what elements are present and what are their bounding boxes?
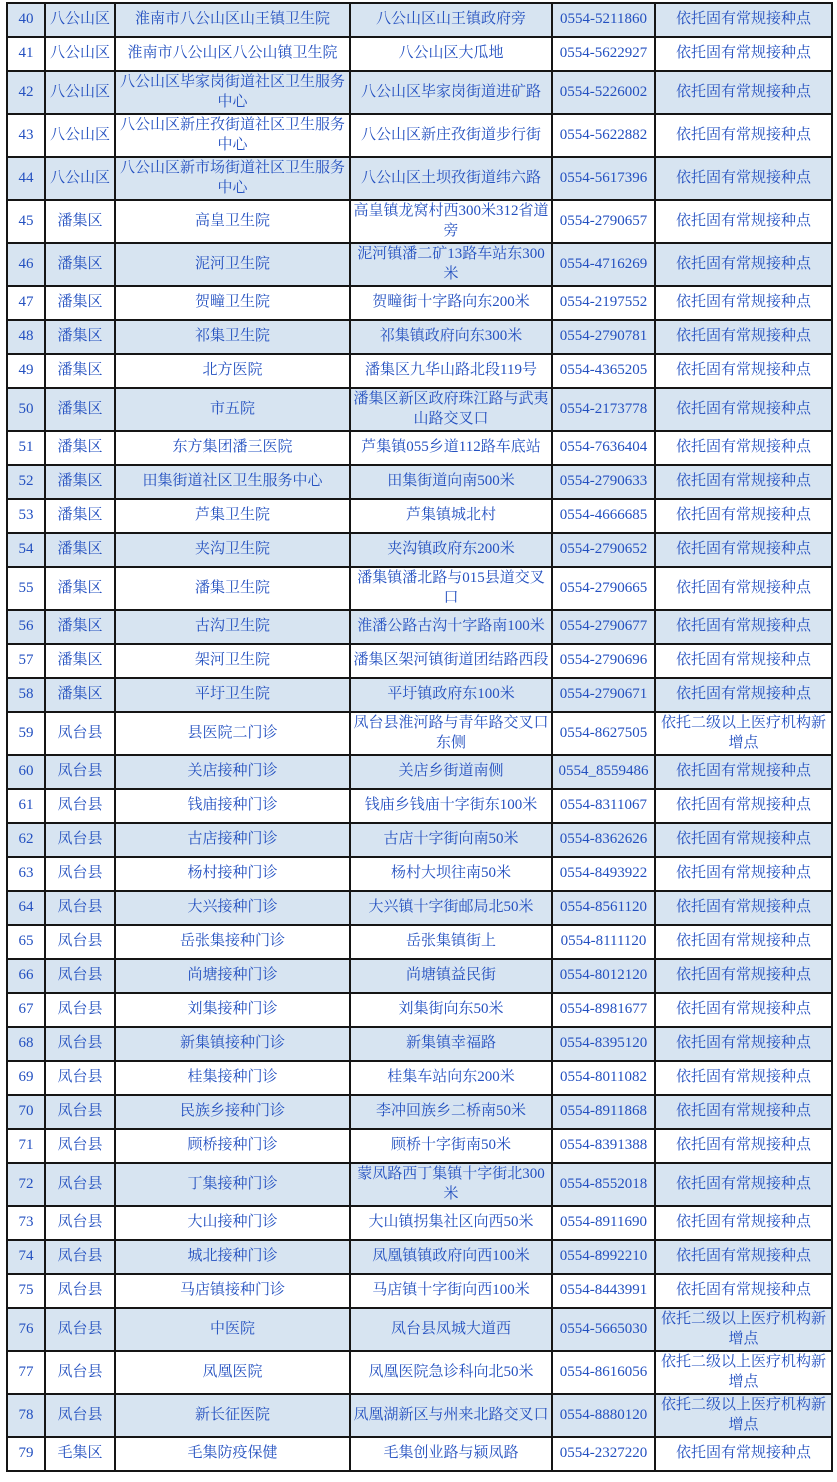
facility-name-cell: 平圩卫生院 <box>115 678 350 712</box>
table-body: 40八公山区淮南市八公山区山王镇卫生院八公山区山王镇政府旁0554-521186… <box>7 3 832 1471</box>
facility-name-cell: 新集镇接种门诊 <box>115 1027 350 1061</box>
row-number-cell: 44 <box>7 157 45 200</box>
row-number-cell: 53 <box>7 499 45 533</box>
phone-cell: 0554-2790633 <box>552 465 655 499</box>
district-cell: 凤台县 <box>45 1240 115 1274</box>
phone-cell: 0554-8012120 <box>552 959 655 993</box>
phone-cell: 0554-4365205 <box>552 354 655 388</box>
note-cell: 依托固有常规接种点 <box>655 959 832 993</box>
row-number-cell: 51 <box>7 431 45 465</box>
note-cell: 依托二级以上医疗机构新增点 <box>655 1351 832 1394</box>
phone-cell: 0554-5622882 <box>552 114 655 157</box>
address-cell: 八公山区土坝孜街道纬六路 <box>350 157 552 200</box>
note-cell: 依托固有常规接种点 <box>655 320 832 354</box>
district-cell: 八公山区 <box>45 37 115 71</box>
facility-name-cell: 新长征医院 <box>115 1394 350 1437</box>
table-row: 77凤台县凤凰医院凤凰医院急诊科向北50米0554-8616056依托二级以上医… <box>7 1351 832 1394</box>
district-cell: 潘集区 <box>45 388 115 431</box>
address-cell: 钱庙乡钱庙十字街东100米 <box>350 789 552 823</box>
phone-cell: 0554-5211860 <box>552 3 655 37</box>
note-cell: 依托固有常规接种点 <box>655 533 832 567</box>
note-cell: 依托固有常规接种点 <box>655 1129 832 1163</box>
phone-cell: 0554-8911868 <box>552 1095 655 1129</box>
table-row: 75凤台县马店镇接种门诊马店镇十字街向西100米0554-8443991依托固有… <box>7 1274 832 1308</box>
table-row: 67凤台县刘集接种门诊刘集街向东50米0554-8981677依托固有常规接种点 <box>7 993 832 1027</box>
facility-name-cell: 东方集团潘三医院 <box>115 431 350 465</box>
note-cell: 依托二级以上医疗机构新增点 <box>655 1308 832 1351</box>
table-row: 61凤台县钱庙接种门诊钱庙乡钱庙十字街东100米0554-8311067依托固有… <box>7 789 832 823</box>
note-cell: 依托固有常规接种点 <box>655 1437 832 1471</box>
table-row: 43八公山区八公山区新庄孜街道社区卫生服务中心八公山区新庄孜街道步行街0554-… <box>7 114 832 157</box>
address-cell: 马店镇十字街向西100米 <box>350 1274 552 1308</box>
row-number-cell: 74 <box>7 1240 45 1274</box>
note-cell: 依托固有常规接种点 <box>655 354 832 388</box>
address-cell: 古店十字街向南50米 <box>350 823 552 857</box>
table-row: 53潘集区芦集卫生院芦集镇城北村0554-4666685依托固有常规接种点 <box>7 499 832 533</box>
note-cell: 依托固有常规接种点 <box>655 200 832 243</box>
row-number-cell: 72 <box>7 1163 45 1206</box>
phone-cell: 0554-8362626 <box>552 823 655 857</box>
address-cell: 凤台县淮河路与青年路交叉口东侧 <box>350 712 552 755</box>
district-cell: 凤台县 <box>45 857 115 891</box>
phone-cell: 0554-2790652 <box>552 533 655 567</box>
phone-cell: 0554-8992210 <box>552 1240 655 1274</box>
table-row: 51潘集区东方集团潘三医院芦集镇055乡道112路车底站0554-7636404… <box>7 431 832 465</box>
note-cell: 依托固有常规接种点 <box>655 388 832 431</box>
table-row: 42八公山区八公山区毕家岗街道社区卫生服务中心八公山区毕家岗街道进矿路0554-… <box>7 71 832 114</box>
row-number-cell: 50 <box>7 388 45 431</box>
district-cell: 凤台县 <box>45 1308 115 1351</box>
district-cell: 凤台县 <box>45 1027 115 1061</box>
district-cell: 凤台县 <box>45 1394 115 1437</box>
district-cell: 潘集区 <box>45 286 115 320</box>
district-cell: 凤台县 <box>45 1061 115 1095</box>
phone-cell: 0554-8880120 <box>552 1394 655 1437</box>
address-cell: 高皇镇龙窝村西300米312省道旁 <box>350 200 552 243</box>
address-cell: 刘集街向东50米 <box>350 993 552 1027</box>
note-cell: 依托固有常规接种点 <box>655 789 832 823</box>
phone-cell: 0554-8911690 <box>552 1206 655 1240</box>
table-row: 41八公山区淮南市八公山区八公山镇卫生院八公山区大瓜地0554-5622927依… <box>7 37 832 71</box>
address-cell: 祁集镇政府向东300米 <box>350 320 552 354</box>
table-row: 78凤台县新长征医院凤凰湖新区与州来北路交叉口0554-8880120依托二级以… <box>7 1394 832 1437</box>
note-cell: 依托固有常规接种点 <box>655 755 832 789</box>
facility-name-cell: 芦集卫生院 <box>115 499 350 533</box>
facility-name-cell: 杨村接种门诊 <box>115 857 350 891</box>
table-row: 40八公山区淮南市八公山区山王镇卫生院八公山区山王镇政府旁0554-521186… <box>7 3 832 37</box>
row-number-cell: 61 <box>7 789 45 823</box>
address-cell: 芦集镇055乡道112路车底站 <box>350 431 552 465</box>
facility-name-cell: 中医院 <box>115 1308 350 1351</box>
note-cell: 依托固有常规接种点 <box>655 157 832 200</box>
district-cell: 潘集区 <box>45 354 115 388</box>
address-cell: 平圩镇政府东100米 <box>350 678 552 712</box>
note-cell: 依托二级以上医疗机构新增点 <box>655 712 832 755</box>
phone-cell: 0554-8627505 <box>552 712 655 755</box>
address-cell: 大山镇拐集社区向西50米 <box>350 1206 552 1240</box>
row-number-cell: 57 <box>7 644 45 678</box>
row-number-cell: 79 <box>7 1437 45 1471</box>
district-cell: 潘集区 <box>45 431 115 465</box>
table-row: 69凤台县桂集接种门诊桂集车站向东200米0554-8011082依托固有常规接… <box>7 1061 832 1095</box>
note-cell: 依托固有常规接种点 <box>655 243 832 286</box>
district-cell: 八公山区 <box>45 3 115 37</box>
table-row: 52潘集区田集街道社区卫生服务中心田集街道向南500米0554-2790633依… <box>7 465 832 499</box>
note-cell: 依托固有常规接种点 <box>655 3 832 37</box>
table-row: 65凤台县岳张集接种门诊岳张集镇街上0554-8111120依托固有常规接种点 <box>7 925 832 959</box>
vaccination-sites-page: 40八公山区淮南市八公山区山王镇卫生院八公山区山王镇政府旁0554-521186… <box>0 0 837 1482</box>
facility-name-cell: 县医院二门诊 <box>115 712 350 755</box>
table-row: 70凤台县民族乡接种门诊李冲回族乡二桥南50米0554-8911868依托固有常… <box>7 1095 832 1129</box>
district-cell: 凤台县 <box>45 755 115 789</box>
note-cell: 依托固有常规接种点 <box>655 71 832 114</box>
table-row: 54潘集区夹沟卫生院夹沟镇政府东200米0554-2790652依托固有常规接种… <box>7 533 832 567</box>
phone-cell: 0554-8443991 <box>552 1274 655 1308</box>
district-cell: 潘集区 <box>45 678 115 712</box>
address-cell: 潘集区新区政府珠江路与武夷山路交叉口 <box>350 388 552 431</box>
address-cell: 八公山区大瓜地 <box>350 37 552 71</box>
phone-cell: 0554-2790696 <box>552 644 655 678</box>
table-row: 62凤台县古店接种门诊古店十字街向南50米0554-8362626依托固有常规接… <box>7 823 832 857</box>
table-row: 48潘集区祁集卫生院祁集镇政府向东300米0554-2790781依托固有常规接… <box>7 320 832 354</box>
district-cell: 凤台县 <box>45 891 115 925</box>
address-cell: 尚塘镇益民街 <box>350 959 552 993</box>
address-cell: 潘集区九华山路北段119号 <box>350 354 552 388</box>
facility-name-cell: 市五院 <box>115 388 350 431</box>
phone-cell: 0554-7636404 <box>552 431 655 465</box>
facility-name-cell: 岳张集接种门诊 <box>115 925 350 959</box>
table-row: 50潘集区市五院潘集区新区政府珠江路与武夷山路交叉口0554-2173778依托… <box>7 388 832 431</box>
phone-cell: 0554-2790671 <box>552 678 655 712</box>
phone-cell: 0554-8493922 <box>552 857 655 891</box>
district-cell: 凤台县 <box>45 959 115 993</box>
table-row: 46潘集区泥河卫生院泥河镇潘二矿13路车站东300米0554-4716269依托… <box>7 243 832 286</box>
row-number-cell: 64 <box>7 891 45 925</box>
address-cell: 大兴镇十字街邮局北50米 <box>350 891 552 925</box>
note-cell: 依托固有常规接种点 <box>655 644 832 678</box>
district-cell: 潘集区 <box>45 610 115 644</box>
address-cell: 八公山区毕家岗街道进矿路 <box>350 71 552 114</box>
district-cell: 潘集区 <box>45 567 115 610</box>
facility-name-cell: 祁集卫生院 <box>115 320 350 354</box>
table-row: 44八公山区八公山区新市场街道社区卫生服务中心八公山区土坝孜街道纬六路0554-… <box>7 157 832 200</box>
row-number-cell: 67 <box>7 993 45 1027</box>
phone-cell: 0554-8395120 <box>552 1027 655 1061</box>
district-cell: 毛集区 <box>45 1437 115 1471</box>
note-cell: 依托固有常规接种点 <box>655 1163 832 1206</box>
phone-cell: 0554-8561120 <box>552 891 655 925</box>
facility-name-cell: 泥河卫生院 <box>115 243 350 286</box>
address-cell: 杨村大坝往南50米 <box>350 857 552 891</box>
address-cell: 新集镇幸福路 <box>350 1027 552 1061</box>
table-row: 45潘集区高皇卫生院高皇镇龙窝村西300米312省道旁0554-2790657依… <box>7 200 832 243</box>
table-row: 56潘集区古沟卫生院淮潘公路古沟十字路南100米0554-2790677依托固有… <box>7 610 832 644</box>
facility-name-cell: 丁集接种门诊 <box>115 1163 350 1206</box>
phone-cell: 0554-2790657 <box>552 200 655 243</box>
row-number-cell: 73 <box>7 1206 45 1240</box>
note-cell: 依托固有常规接种点 <box>655 823 832 857</box>
facility-name-cell: 高皇卫生院 <box>115 200 350 243</box>
row-number-cell: 63 <box>7 857 45 891</box>
row-number-cell: 68 <box>7 1027 45 1061</box>
table-row: 64凤台县大兴接种门诊大兴镇十字街邮局北50米0554-8561120依托固有常… <box>7 891 832 925</box>
address-cell: 八公山区山王镇政府旁 <box>350 3 552 37</box>
facility-name-cell: 淮南市八公山区八公山镇卫生院 <box>115 37 350 71</box>
table-row: 79毛集区毛集防疫保健毛集创业路与颍凤路0554-2327220依托固有常规接种… <box>7 1437 832 1471</box>
facility-name-cell: 刘集接种门诊 <box>115 993 350 1027</box>
address-cell: 凤凰湖新区与州来北路交叉口 <box>350 1394 552 1437</box>
phone-cell: 0554_8559486 <box>552 755 655 789</box>
district-cell: 凤台县 <box>45 1274 115 1308</box>
address-cell: 凤凰医院急诊科向北50米 <box>350 1351 552 1394</box>
facility-name-cell: 尚塘接种门诊 <box>115 959 350 993</box>
row-number-cell: 69 <box>7 1061 45 1095</box>
district-cell: 潘集区 <box>45 243 115 286</box>
table-row: 72凤台县丁集接种门诊蒙凤路西丁集镇十字街北300米0554-8552018依托… <box>7 1163 832 1206</box>
row-number-cell: 66 <box>7 959 45 993</box>
facility-name-cell: 大兴接种门诊 <box>115 891 350 925</box>
note-cell: 依托固有常规接种点 <box>655 610 832 644</box>
note-cell: 依托固有常规接种点 <box>655 1274 832 1308</box>
note-cell: 依托固有常规接种点 <box>655 431 832 465</box>
district-cell: 凤台县 <box>45 1206 115 1240</box>
table-row: 68凤台县新集镇接种门诊新集镇幸福路0554-8395120依托固有常规接种点 <box>7 1027 832 1061</box>
row-number-cell: 60 <box>7 755 45 789</box>
district-cell: 凤台县 <box>45 789 115 823</box>
note-cell: 依托固有常规接种点 <box>655 1240 832 1274</box>
table-row: 55潘集区潘集卫生院潘集镇潘北路与015县道交叉口0554-2790665依托固… <box>7 567 832 610</box>
row-number-cell: 55 <box>7 567 45 610</box>
facility-name-cell: 马店镇接种门诊 <box>115 1274 350 1308</box>
district-cell: 潘集区 <box>45 200 115 243</box>
note-cell: 依托固有常规接种点 <box>655 114 832 157</box>
facility-name-cell: 古店接种门诊 <box>115 823 350 857</box>
row-number-cell: 41 <box>7 37 45 71</box>
address-cell: 潘集镇潘北路与015县道交叉口 <box>350 567 552 610</box>
district-cell: 凤台县 <box>45 712 115 755</box>
vaccination-sites-table: 40八公山区淮南市八公山区山王镇卫生院八公山区山王镇政府旁0554-521186… <box>6 2 833 1472</box>
facility-name-cell: 桂集接种门诊 <box>115 1061 350 1095</box>
facility-name-cell: 关店接种门诊 <box>115 755 350 789</box>
facility-name-cell: 毛集防疫保健 <box>115 1437 350 1471</box>
table-row: 71凤台县顾桥接种门诊顾桥十字街南50米0554-8391388依托固有常规接种… <box>7 1129 832 1163</box>
phone-cell: 0554-4716269 <box>552 243 655 286</box>
note-cell: 依托固有常规接种点 <box>655 678 832 712</box>
facility-name-cell: 八公山区新市场街道社区卫生服务中心 <box>115 157 350 200</box>
phone-cell: 0554-2790665 <box>552 567 655 610</box>
facility-name-cell: 古沟卫生院 <box>115 610 350 644</box>
row-number-cell: 75 <box>7 1274 45 1308</box>
district-cell: 潘集区 <box>45 465 115 499</box>
phone-cell: 0554-8391388 <box>552 1129 655 1163</box>
phone-cell: 0554-8111120 <box>552 925 655 959</box>
facility-name-cell: 北方医院 <box>115 354 350 388</box>
address-cell: 田集街道向南500米 <box>350 465 552 499</box>
facility-name-cell: 钱庙接种门诊 <box>115 789 350 823</box>
phone-cell: 0554-4666685 <box>552 499 655 533</box>
address-cell: 凤凰镇镇政府向西100米 <box>350 1240 552 1274</box>
address-cell: 凤台县凤城大道西 <box>350 1308 552 1351</box>
facility-name-cell: 潘集卫生院 <box>115 567 350 610</box>
note-cell: 依托固有常规接种点 <box>655 1095 832 1129</box>
phone-cell: 0554-5665030 <box>552 1308 655 1351</box>
address-cell: 贺疃街十字路向东200米 <box>350 286 552 320</box>
row-number-cell: 47 <box>7 286 45 320</box>
facility-name-cell: 田集街道社区卫生服务中心 <box>115 465 350 499</box>
phone-cell: 0554-8311067 <box>552 789 655 823</box>
facility-name-cell: 城北接种门诊 <box>115 1240 350 1274</box>
address-cell: 八公山区新庄孜街道步行街 <box>350 114 552 157</box>
row-number-cell: 78 <box>7 1394 45 1437</box>
row-number-cell: 77 <box>7 1351 45 1394</box>
address-cell: 潘集区架河镇街道团结路西段 <box>350 644 552 678</box>
row-number-cell: 40 <box>7 3 45 37</box>
district-cell: 凤台县 <box>45 823 115 857</box>
note-cell: 依托固有常规接种点 <box>655 1027 832 1061</box>
district-cell: 凤台县 <box>45 1351 115 1394</box>
district-cell: 潘集区 <box>45 499 115 533</box>
facility-name-cell: 民族乡接种门诊 <box>115 1095 350 1129</box>
district-cell: 凤台县 <box>45 1163 115 1206</box>
table-row: 74凤台县城北接种门诊凤凰镇镇政府向西100米0554-8992210依托固有常… <box>7 1240 832 1274</box>
facility-name-cell: 八公山区新庄孜街道社区卫生服务中心 <box>115 114 350 157</box>
row-number-cell: 76 <box>7 1308 45 1351</box>
note-cell: 依托固有常规接种点 <box>655 993 832 1027</box>
table-row: 60凤台县关店接种门诊关店乡街道南侧0554_8559486依托固有常规接种点 <box>7 755 832 789</box>
row-number-cell: 43 <box>7 114 45 157</box>
table-row: 59凤台县县医院二门诊凤台县淮河路与青年路交叉口东侧0554-8627505依托… <box>7 712 832 755</box>
address-cell: 岳张集镇街上 <box>350 925 552 959</box>
row-number-cell: 65 <box>7 925 45 959</box>
row-number-cell: 71 <box>7 1129 45 1163</box>
note-cell: 依托固有常规接种点 <box>655 891 832 925</box>
facility-name-cell: 八公山区毕家岗街道社区卫生服务中心 <box>115 71 350 114</box>
table-row: 76凤台县中医院凤台县凤城大道西0554-5665030依托二级以上医疗机构新增… <box>7 1308 832 1351</box>
district-cell: 八公山区 <box>45 157 115 200</box>
facility-name-cell: 贺疃卫生院 <box>115 286 350 320</box>
phone-cell: 0554-8011082 <box>552 1061 655 1095</box>
phone-cell: 0554-5617396 <box>552 157 655 200</box>
facility-name-cell: 架河卫生院 <box>115 644 350 678</box>
note-cell: 依托二级以上医疗机构新增点 <box>655 1394 832 1437</box>
address-cell: 毛集创业路与颍凤路 <box>350 1437 552 1471</box>
address-cell: 桂集车站向东200米 <box>350 1061 552 1095</box>
phone-cell: 0554-5226002 <box>552 71 655 114</box>
phone-cell: 0554-2790781 <box>552 320 655 354</box>
address-cell: 顾桥十字街南50米 <box>350 1129 552 1163</box>
phone-cell: 0554-2173778 <box>552 388 655 431</box>
phone-cell: 0554-2327220 <box>552 1437 655 1471</box>
row-number-cell: 46 <box>7 243 45 286</box>
facility-name-cell: 凤凰医院 <box>115 1351 350 1394</box>
address-cell: 关店乡街道南侧 <box>350 755 552 789</box>
note-cell: 依托固有常规接种点 <box>655 857 832 891</box>
district-cell: 凤台县 <box>45 925 115 959</box>
row-number-cell: 70 <box>7 1095 45 1129</box>
note-cell: 依托固有常规接种点 <box>655 37 832 71</box>
table-row: 58潘集区平圩卫生院平圩镇政府东100米0554-2790671依托固有常规接种… <box>7 678 832 712</box>
table-row: 49潘集区北方医院潘集区九华山路北段119号0554-4365205依托固有常规… <box>7 354 832 388</box>
phone-cell: 0554-5622927 <box>552 37 655 71</box>
district-cell: 八公山区 <box>45 71 115 114</box>
row-number-cell: 62 <box>7 823 45 857</box>
row-number-cell: 45 <box>7 200 45 243</box>
row-number-cell: 54 <box>7 533 45 567</box>
address-cell: 淮潘公路古沟十字路南100米 <box>350 610 552 644</box>
note-cell: 依托固有常规接种点 <box>655 499 832 533</box>
table-row: 47潘集区贺疃卫生院贺疃街十字路向东200米0554-2197552依托固有常规… <box>7 286 832 320</box>
row-number-cell: 48 <box>7 320 45 354</box>
row-number-cell: 52 <box>7 465 45 499</box>
note-cell: 依托固有常规接种点 <box>655 465 832 499</box>
phone-cell: 0554-8616056 <box>552 1351 655 1394</box>
district-cell: 潘集区 <box>45 533 115 567</box>
phone-cell: 0554-8552018 <box>552 1163 655 1206</box>
facility-name-cell: 淮南市八公山区山王镇卫生院 <box>115 3 350 37</box>
phone-cell: 0554-8981677 <box>552 993 655 1027</box>
address-cell: 夹沟镇政府东200米 <box>350 533 552 567</box>
address-cell: 芦集镇城北村 <box>350 499 552 533</box>
address-cell: 泥河镇潘二矿13路车站东300米 <box>350 243 552 286</box>
table-row: 66凤台县尚塘接种门诊尚塘镇益民街0554-8012120依托固有常规接种点 <box>7 959 832 993</box>
district-cell: 潘集区 <box>45 644 115 678</box>
district-cell: 八公山区 <box>45 114 115 157</box>
facility-name-cell: 大山接种门诊 <box>115 1206 350 1240</box>
facility-name-cell: 顾桥接种门诊 <box>115 1129 350 1163</box>
table-row: 63凤台县杨村接种门诊杨村大坝往南50米0554-8493922依托固有常规接种… <box>7 857 832 891</box>
row-number-cell: 56 <box>7 610 45 644</box>
note-cell: 依托固有常规接种点 <box>655 1206 832 1240</box>
address-cell: 蒙凤路西丁集镇十字街北300米 <box>350 1163 552 1206</box>
note-cell: 依托固有常规接种点 <box>655 286 832 320</box>
phone-cell: 0554-2197552 <box>552 286 655 320</box>
district-cell: 潘集区 <box>45 320 115 354</box>
phone-cell: 0554-2790677 <box>552 610 655 644</box>
note-cell: 依托固有常规接种点 <box>655 1061 832 1095</box>
table-row: 57潘集区架河卫生院潘集区架河镇街道团结路西段0554-2790696依托固有常… <box>7 644 832 678</box>
facility-name-cell: 夹沟卫生院 <box>115 533 350 567</box>
district-cell: 凤台县 <box>45 993 115 1027</box>
note-cell: 依托固有常规接种点 <box>655 925 832 959</box>
note-cell: 依托固有常规接种点 <box>655 567 832 610</box>
district-cell: 凤台县 <box>45 1095 115 1129</box>
row-number-cell: 58 <box>7 678 45 712</box>
address-cell: 李冲回族乡二桥南50米 <box>350 1095 552 1129</box>
table-row: 73凤台县大山接种门诊大山镇拐集社区向西50米0554-8911690依托固有常… <box>7 1206 832 1240</box>
row-number-cell: 59 <box>7 712 45 755</box>
row-number-cell: 42 <box>7 71 45 114</box>
district-cell: 凤台县 <box>45 1129 115 1163</box>
row-number-cell: 49 <box>7 354 45 388</box>
